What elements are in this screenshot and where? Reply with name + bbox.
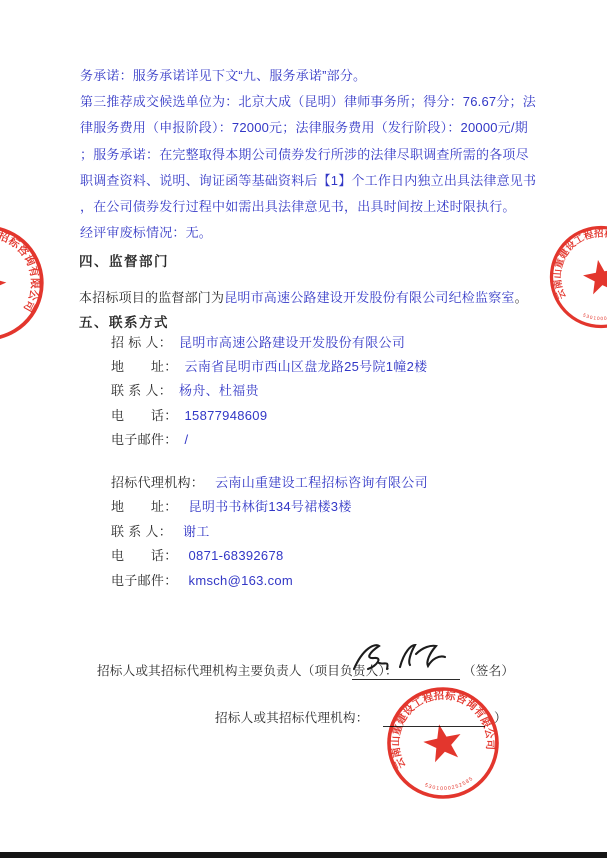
agency-row: 招标代理机构：云南山重建设工程招标咨询有限公司 <box>111 471 428 495</box>
tenderer-row: 电 话：15877948609 <box>111 404 427 428</box>
contact-label: 电子邮件： <box>111 428 178 452</box>
seal-company-text: 云南山重建设工程招标咨询有限公司 <box>0 215 53 315</box>
seal-company-text: 云南山重建设工程招标咨询有限公司 <box>544 219 607 302</box>
contact-value: 昆明书书林街134号裙楼3楼 <box>189 495 352 519</box>
section-heading-supervision: 四、监督部门 <box>79 250 169 270</box>
paragraph-line: 经评审废标情况：无。 <box>80 220 542 246</box>
stamp-line-label: 招标人或其招标代理机构： <box>215 707 369 726</box>
paragraph-line: ；服务承诺：在完整取得本期公司债券发行所涉的法律尽职调查所需的各项尽 <box>80 142 542 168</box>
contact-value: 云南山重建设工程招标咨询有限公司 <box>215 471 428 495</box>
contact-value: 0871-68392678 <box>189 544 284 568</box>
agency-row: 电 话：0871-68392678 <box>111 544 428 568</box>
tenderer-row: 招 标 人：昆明市高速公路建设开发股份有限公司 <box>111 331 427 355</box>
seal-serial-text: 5301000252585 <box>0 311 1 338</box>
contact-label: 电 话： <box>111 404 178 428</box>
contact-value: 谢工 <box>183 520 210 544</box>
contact-value: 15877948609 <box>185 404 268 428</box>
handwritten-signature <box>348 638 452 680</box>
agency-row: 地 址：昆明书书林街134号裙楼3楼 <box>111 495 428 519</box>
star-icon <box>0 259 10 305</box>
signature-line-suffix: （签名） <box>463 660 514 679</box>
paragraph-supervision: 本招标项目的监督部门为昆明市高速公路建设开发股份有限公司纪检监察室。 <box>79 287 528 306</box>
stamp-line-underline <box>383 706 485 727</box>
supervision-suffix: 。 <box>515 290 528 305</box>
contact-label: 招标代理机构： <box>111 471 204 495</box>
contact-label: 招 标 人： <box>111 331 172 355</box>
seal-ring <box>544 220 607 335</box>
official-seal-right: 云南山重建设工程招标咨询有限公司5301000252585 <box>537 213 607 340</box>
seal-ring <box>0 215 54 350</box>
agency-row: 联 系 人：谢工 <box>111 520 428 544</box>
tenderer-row: 地 址：云南省昆明市西山区盘龙路25号院1幢2楼 <box>111 355 427 379</box>
contact-value: 云南省昆明市西山区盘龙路25号院1幢2楼 <box>185 355 428 379</box>
paragraph-line: 职调查资料、说明、询证函等基础资料后【1】个工作日内独立出具法律意见书 <box>80 168 542 194</box>
supervision-department: 昆明市高速公路建设开发股份有限公司纪检监察室 <box>224 290 514 305</box>
star-icon <box>581 257 607 296</box>
supervision-prefix: 本招标项目的监督部门为 <box>79 290 224 305</box>
contact-label: 电子邮件： <box>111 569 178 593</box>
paragraph-line: 第三推荐成交候选单位为：北京大成（昆明）律师事务所；得分：76.67分；法 <box>80 89 542 115</box>
official-seal-left: 云南山重建设工程招标咨询有限公司5301000252585 <box>0 208 61 358</box>
contact-label: 地 址： <box>111 355 178 379</box>
contact-value: kmsch@163.com <box>189 569 294 593</box>
paragraph-line: 务承诺：服务承诺详见下文“九、服务承诺”部分。 <box>80 63 542 89</box>
seal-serial-text: 5301000252585 <box>423 773 476 797</box>
contact-value: / <box>185 428 189 452</box>
contact-label: 电 话： <box>111 544 178 568</box>
contact-value: 杨舟、杜福贵 <box>179 379 259 403</box>
contact-block-tenderer: 招 标 人：昆明市高速公路建设开发股份有限公司地 址：云南省昆明市西山区盘龙路2… <box>111 331 427 452</box>
contact-label: 联 系 人： <box>111 520 172 544</box>
page-bottom-edge <box>0 852 607 858</box>
seal-ring <box>379 679 507 807</box>
contact-block-agency: 招标代理机构：云南山重建设工程招标咨询有限公司地 址：昆明书书林街134号裙楼3… <box>111 471 428 593</box>
official-seal-bottom: 云南山重建设工程招标咨询有限公司5301000252585 <box>372 672 514 814</box>
paragraph-candidate-award: 务承诺：服务承诺详见下文“九、服务承诺”部分。第三推荐成交候选单位为：北京大成（… <box>80 63 542 246</box>
paragraph-line: 律服务费用（申报阶段）：72000元；法律服务费用（发行阶段）：20000元/期 <box>80 115 542 141</box>
stamp-line-suffix: ） <box>494 707 507 726</box>
contact-label: 地 址： <box>111 495 178 519</box>
section-heading-contact: 五、联系方式 <box>79 311 169 331</box>
document-page: 务承诺：服务承诺详见下文“九、服务承诺”部分。第三推荐成交候选单位为：北京大成（… <box>0 0 607 858</box>
paragraph-line: ，在公司债券发行过程中如需出具法律意见书，出具时间按上述时限执行。 <box>80 194 542 220</box>
tenderer-row: 电子邮件：/ <box>111 428 427 452</box>
contact-value: 昆明市高速公路建设开发股份有限公司 <box>179 331 405 355</box>
seal-serial-text: 5301000252585 <box>581 305 607 326</box>
contact-label: 联 系 人： <box>111 379 172 403</box>
agency-row: 电子邮件：kmsch@163.com <box>111 569 428 593</box>
tenderer-row: 联 系 人：杨舟、杜福贵 <box>111 379 427 403</box>
